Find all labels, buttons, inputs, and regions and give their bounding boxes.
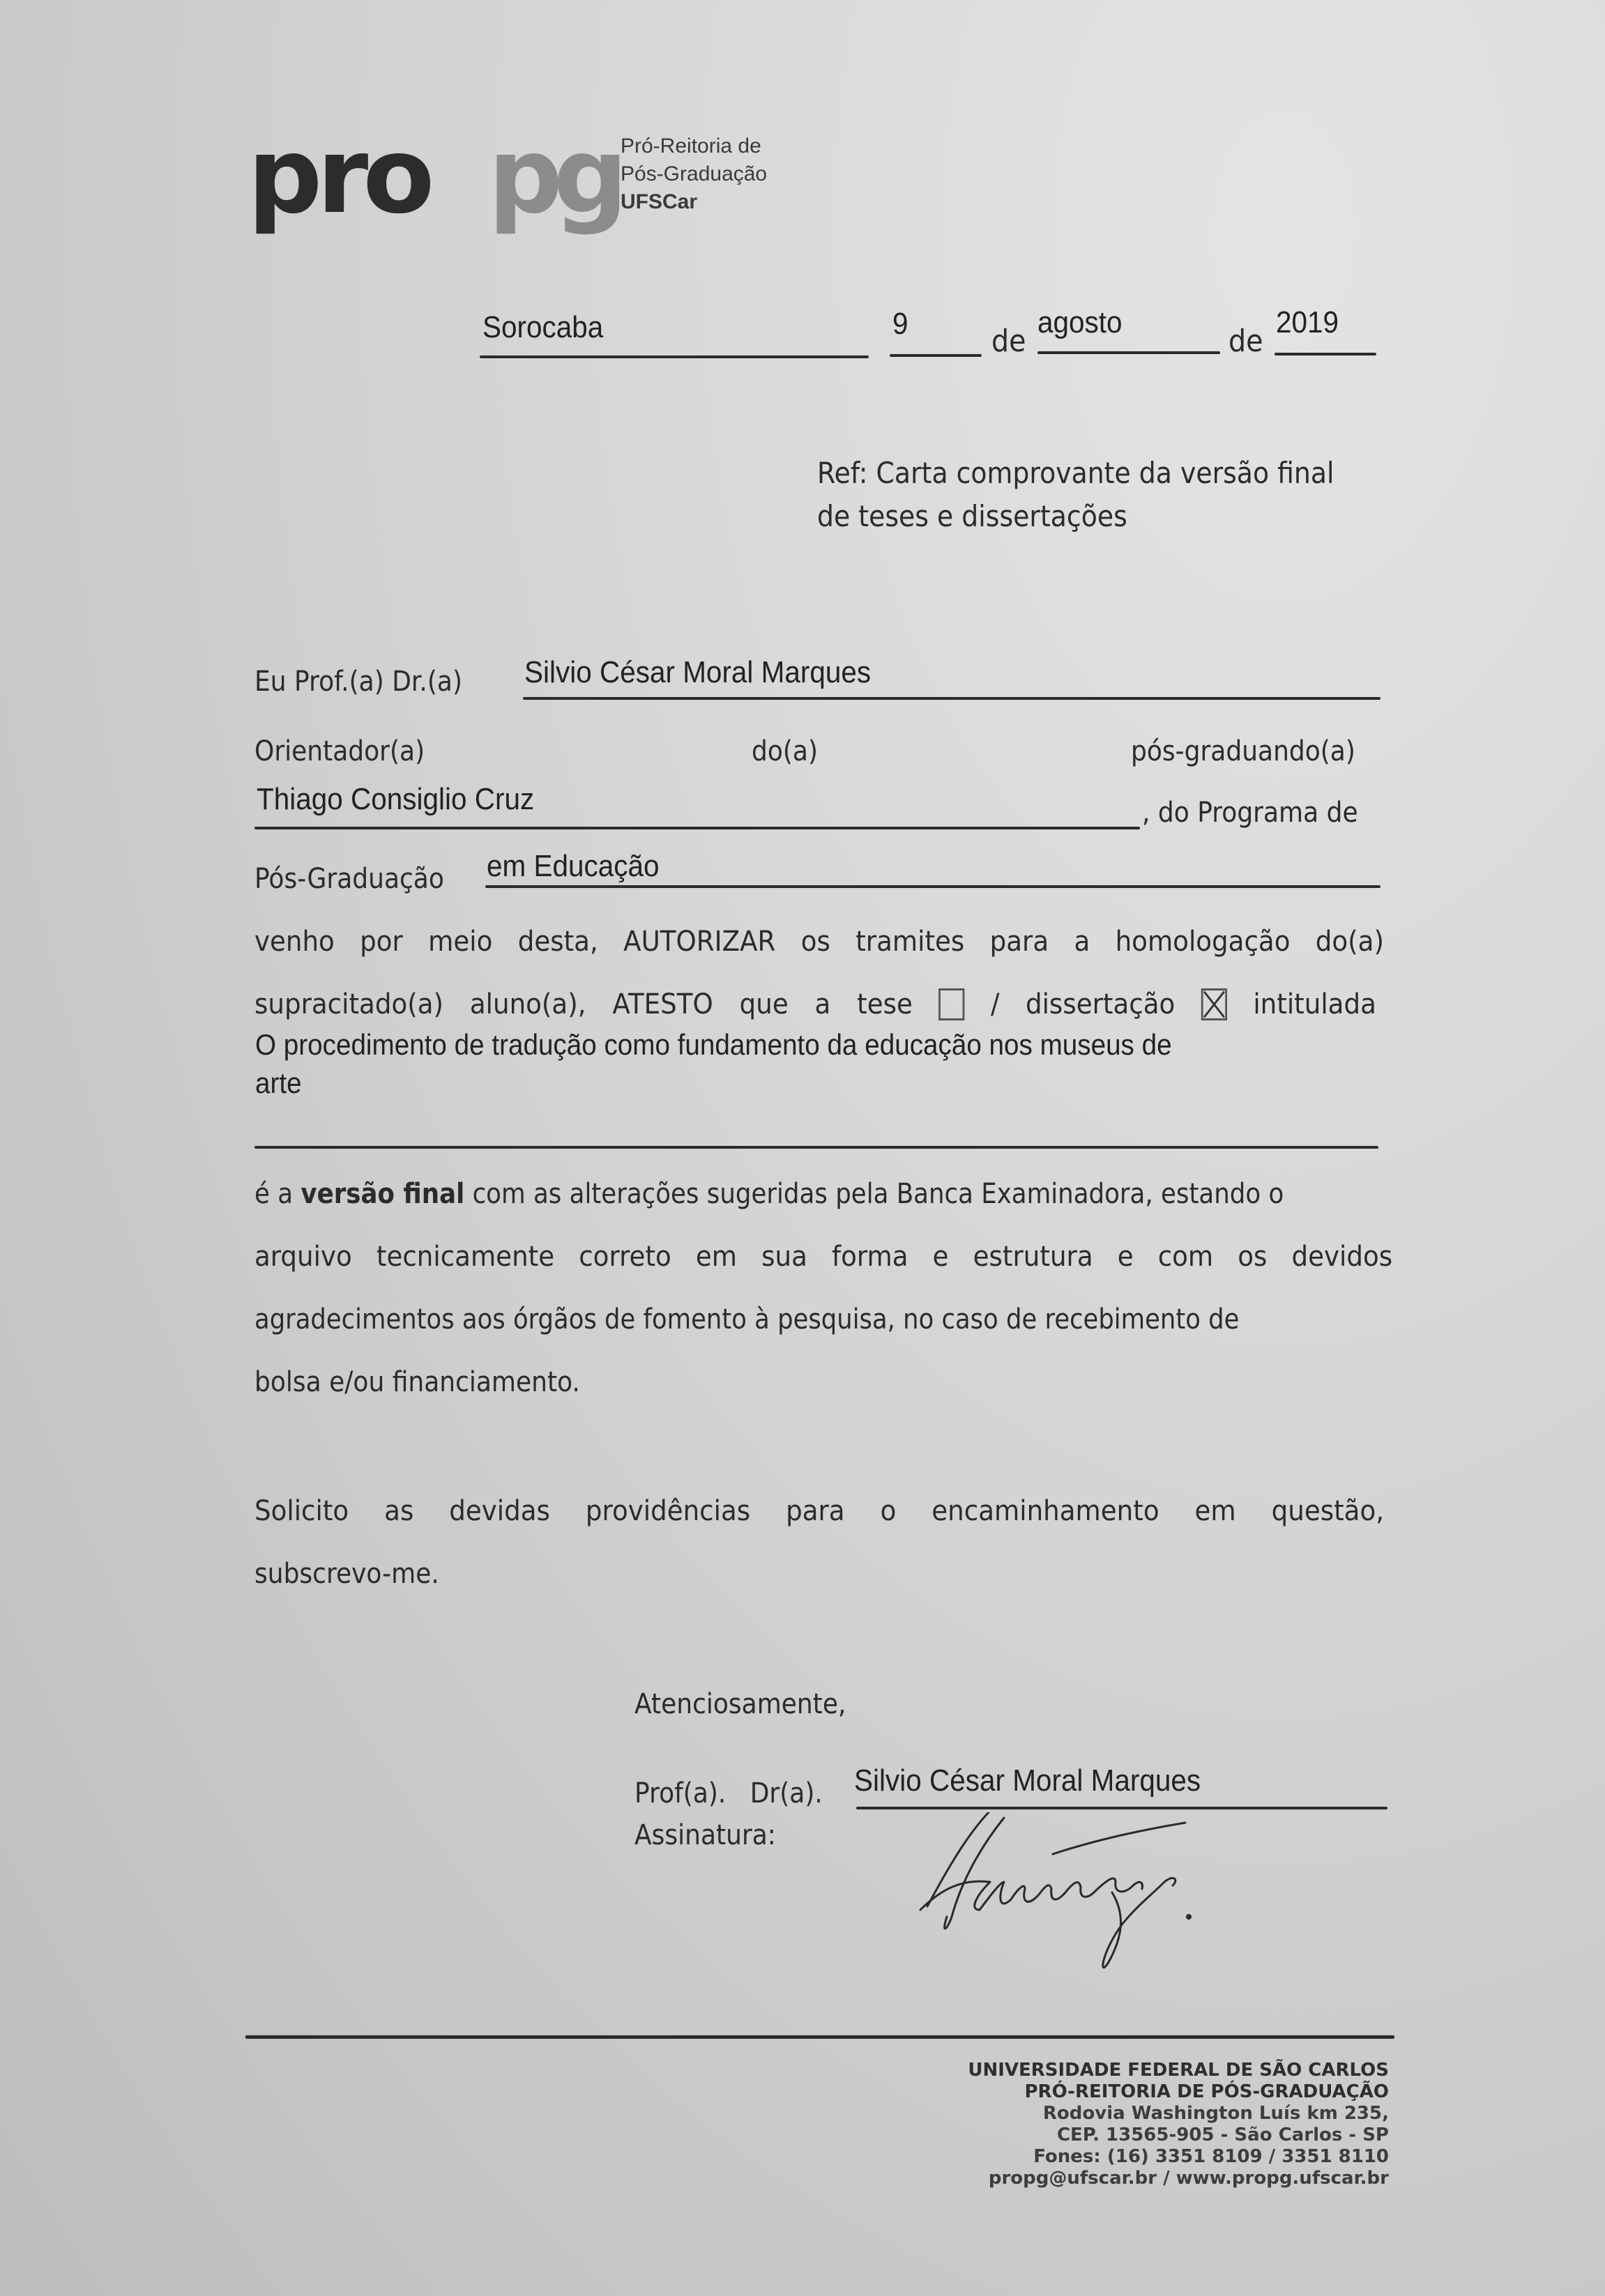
prof-label: Eu Prof.(a) Dr.(a) (254, 666, 462, 698)
footer-department: PRÓ-REITORIA DE PÓS-GRADUAÇÃO (968, 2081, 1389, 2103)
thesis-title-line1[interactable]: O procedimento de tradução como fundamen… (255, 1028, 1172, 1062)
atesto-word: supracitado(a) (254, 988, 443, 1020)
arquivo-line: arquivotecnicamentecorretoemsuaformaeest… (254, 1241, 1384, 1273)
atesto-word: que (740, 988, 789, 1020)
thesis-title-line2[interactable]: arte (255, 1066, 302, 1100)
logo-wordmark-pg: pg (488, 117, 618, 236)
arquivo-text: arquivotecnicamentecorretoemsuaformaeest… (254, 1241, 1392, 1273)
handwritten-signature (913, 1812, 1241, 1973)
solicito-word: encaminhamento (931, 1495, 1159, 1527)
logo-subtitle: Pró-Reitoria de Pós-Graduação UFSCar (621, 132, 767, 216)
logo-subtitle-line2: Pós-Graduação (621, 160, 767, 188)
autorizar-word: para (990, 926, 1049, 958)
solicito-text: Solicitoasdevidasprovidênciasparaoencami… (254, 1495, 1384, 1527)
prof-name-field[interactable]: Silvio César Moral Marques (524, 655, 871, 690)
checkbox-separator: / (991, 988, 1000, 1020)
solicito-word: para (786, 1495, 844, 1527)
atenciosamente: Atenciosamente, (634, 1688, 846, 1720)
autorizar-word: homologação (1116, 926, 1291, 958)
atesto-line: supracitado(a)aluno(a),ATESTOqueatese / … (254, 988, 1384, 1020)
pos-graduando-label: pós-graduando(a) (1131, 735, 1355, 767)
footer-university: UNIVERSIDADE FEDERAL DE SÃO CARLOS (968, 2060, 1389, 2081)
logo-subtitle-line3: UFSCar (621, 188, 767, 216)
arquivo-word: em (696, 1241, 737, 1273)
dissertacao-checkbox[interactable] (1201, 988, 1227, 1020)
autorizar-word: meio (428, 926, 492, 958)
thesis-title-underline (254, 1146, 1378, 1149)
intitulada-label: intitulada (1253, 988, 1376, 1020)
bolsa-line: bolsa e/ou financiamento. (254, 1366, 1384, 1398)
atesto-text: supracitado(a)aluno(a),ATESTOqueatese / … (254, 988, 1376, 1020)
footer-street: Rodovia Washington Luís km 235, (968, 2103, 1389, 2125)
assinatura-label: Assinatura: (634, 1819, 776, 1851)
atesto-word: tese (857, 988, 913, 1020)
closing-prof-name: Silvio César Moral Marques (854, 1763, 1201, 1798)
autorizar-word: desta, (518, 926, 598, 958)
day-underline (890, 354, 982, 357)
bolsa-text: bolsa e/ou financiamento. (254, 1366, 1271, 1398)
year-field[interactable]: 2019 (1276, 305, 1339, 340)
month-underline (1037, 351, 1220, 354)
year-underline (1275, 353, 1376, 355)
solicito-word: providências (586, 1495, 750, 1527)
solicito-word: em (1195, 1495, 1236, 1527)
date-de-1: de (991, 323, 1026, 359)
autorizar-word: tramites (855, 926, 964, 958)
agradecimentos-text: agradecimentos aos órgãos de fomento à p… (254, 1303, 1254, 1335)
versao-final-prefix: é a (254, 1178, 301, 1210)
date-de-2: de (1229, 323, 1263, 359)
arquivo-word: arquivo (254, 1241, 352, 1273)
dissertacao-label: dissertação (1026, 988, 1175, 1020)
arquivo-word: sua (761, 1241, 807, 1273)
solicito-word: Solicito (254, 1495, 349, 1527)
city-underline (480, 355, 869, 358)
atesto-word: aluno(a), (470, 988, 586, 1020)
subscrevo-text: subscrevo-me. (254, 1558, 1271, 1590)
versao-final-rest: com as alterações sugeridas pela Banca E… (464, 1178, 1284, 1210)
arquivo-word: tecnicamente (376, 1241, 554, 1273)
autorizar-word: venho (254, 926, 335, 958)
prof-name-underline (523, 697, 1380, 700)
atesto-word: ATESTO (612, 988, 713, 1020)
versao-final-line: é a versão final com as alterações suger… (254, 1178, 1384, 1210)
arquivo-word: os (1238, 1241, 1267, 1273)
city-field[interactable]: Sorocaba (482, 310, 603, 345)
subscrevo-line: subscrevo-me. (254, 1558, 1384, 1590)
closing-name-underline (856, 1807, 1387, 1809)
program-underline (485, 885, 1380, 888)
arquivo-word: correto (579, 1241, 671, 1273)
autorizar-word: por (360, 926, 403, 958)
program-name-field[interactable]: em Educação (487, 849, 660, 884)
solicito-word: devidas (449, 1495, 550, 1527)
versao-final-bold: versão final (301, 1178, 464, 1210)
programa-label: , do Programa de (1142, 797, 1358, 829)
student-name-underline (254, 827, 1140, 829)
footer-contact[interactable]: propg@ufscar.br / www.propg.ufscar.br (968, 2168, 1389, 2189)
autorizar-word: AUTORIZAR (623, 926, 775, 958)
arquivo-word: com (1158, 1241, 1213, 1273)
autorizar-text: venhopormeiodesta,AUTORIZARostramitespar… (254, 926, 1384, 958)
solicito-word: as (384, 1495, 413, 1527)
tese-checkbox[interactable] (938, 988, 964, 1020)
reference-line2: de teses e dissertações (817, 495, 1334, 538)
footer-cep: CEP. 13565-905 - São Carlos - SP (968, 2125, 1389, 2146)
reference-block: Ref: Carta comprovante da versão final d… (817, 452, 1392, 538)
arquivo-word: devidos (1292, 1241, 1393, 1273)
letter-page: pro pg Pró-Reitoria de Pós-Graduação UFS… (0, 0, 1605, 2296)
solicito-word: questão, (1272, 1495, 1384, 1527)
arquivo-word: forma (832, 1241, 908, 1273)
do-label: do(a) (752, 735, 818, 767)
versao-final-text: é a versão final com as alterações suger… (254, 1178, 1260, 1210)
day-field[interactable]: 9 (892, 307, 908, 342)
autorizar-word: os (801, 926, 830, 958)
logo-wordmark-pro: pro (248, 117, 429, 236)
pos-graduacao-label: Pós-Graduação (254, 863, 444, 895)
closing-prof-label: Prof(a). Dr(a). (634, 1777, 823, 1809)
autorizar-word: a (1074, 926, 1090, 958)
logo-subtitle-line1: Pró-Reitoria de (621, 132, 767, 160)
reference-line1: Ref: Carta comprovante da versão final (817, 452, 1334, 495)
student-name-field[interactable]: Thiago Consiglio Cruz (257, 782, 534, 817)
month-field[interactable]: agosto (1037, 305, 1123, 340)
autorizar-word: do(a) (1316, 926, 1384, 958)
solicito-line: Solicitoasdevidasprovidênciasparaoencami… (254, 1495, 1384, 1527)
footer-phones: Fones: (16) 3351 8109 / 3351 8110 (968, 2146, 1389, 2168)
arquivo-word: e (933, 1241, 949, 1273)
agradecimentos-line: agradecimentos aos órgãos de fomento à p… (254, 1303, 1384, 1335)
solicito-word: o (881, 1495, 897, 1527)
atesto-words: supracitado(a)aluno(a),ATESTOqueatese (254, 988, 913, 1020)
arquivo-word: estrutura (973, 1241, 1093, 1273)
footer-address: UNIVERSIDADE FEDERAL DE SÃO CARLOS PRÓ-R… (968, 2060, 1389, 2189)
footer-divider (245, 2035, 1394, 2039)
orientador-label: Orientador(a) (254, 735, 425, 767)
autorizar-line: venhopormeiodesta,AUTORIZARostramitespar… (254, 926, 1384, 958)
arquivo-word: e (1118, 1241, 1134, 1273)
atesto-word: a (815, 988, 831, 1020)
